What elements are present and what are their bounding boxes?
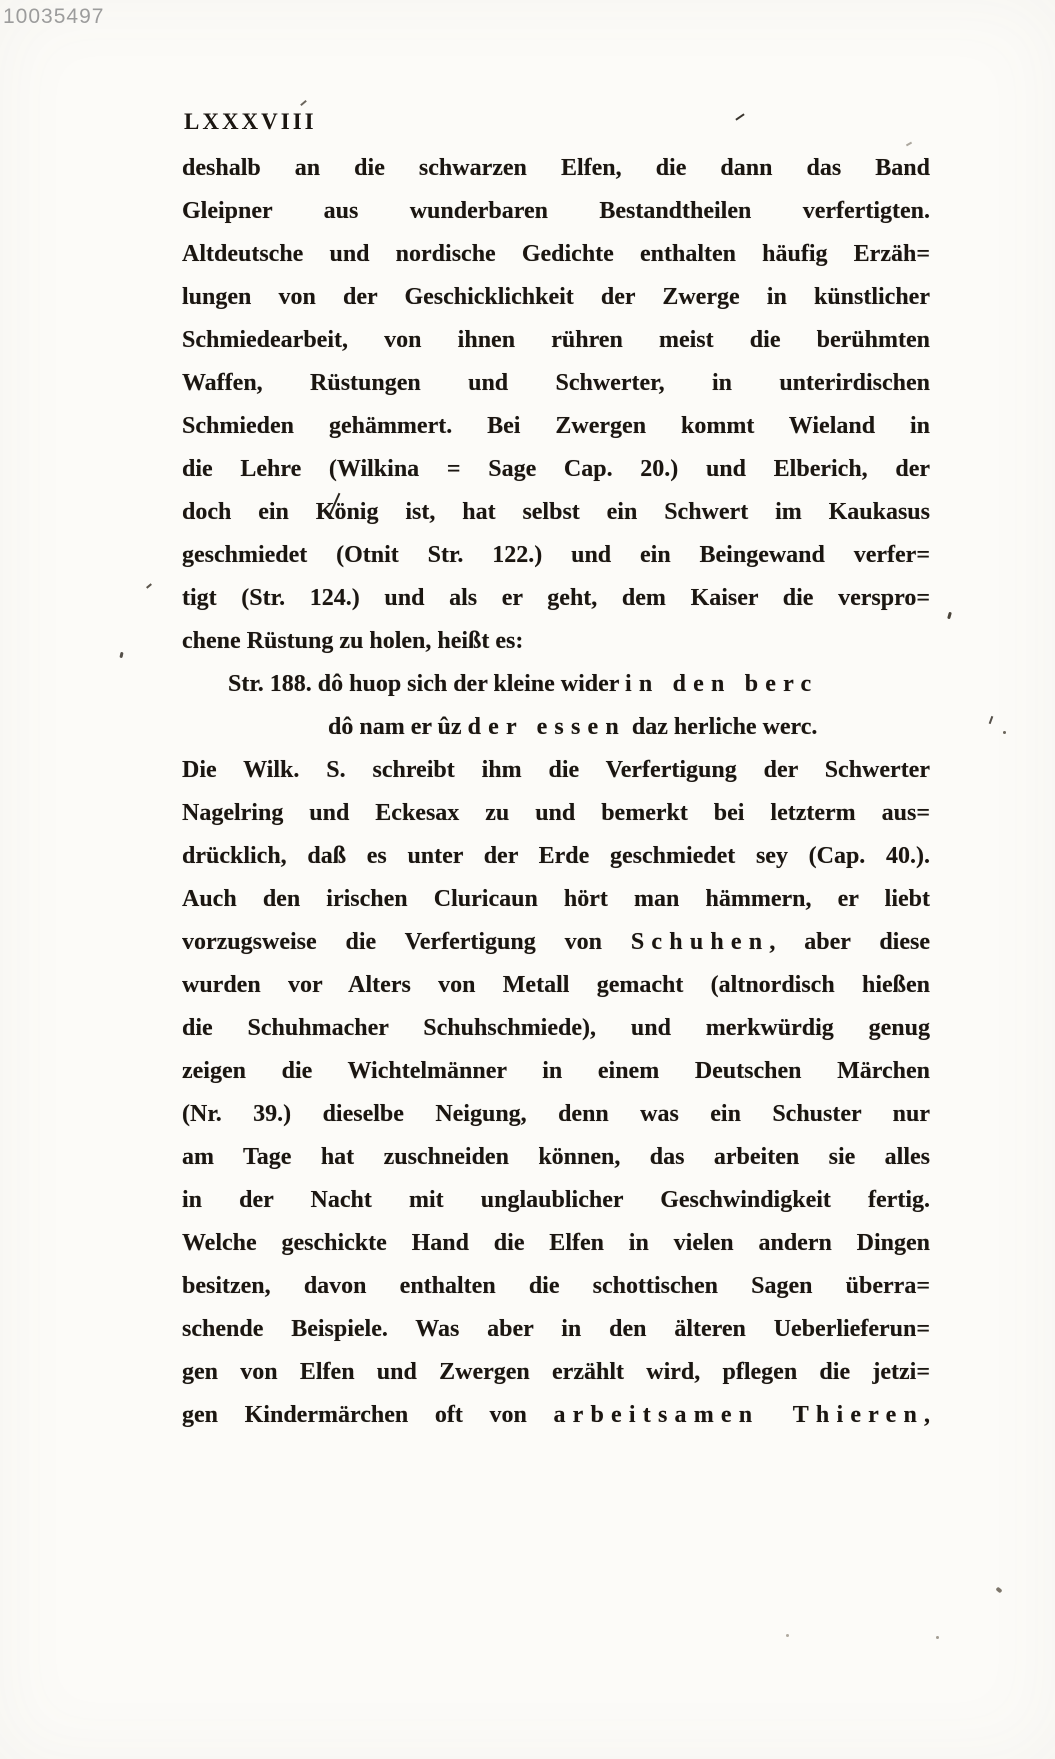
ink-speck xyxy=(786,1634,789,1637)
text-segment: wurden vor Alters von Metall gemacht (al… xyxy=(182,972,930,998)
text-segment: doch ein König ist, hat selbst ein Schwe… xyxy=(182,499,930,525)
text-segment: Nagelring und Eckesax zu und bemerkt bei… xyxy=(182,800,930,826)
text-line: gen Kindermärchen oft von arbeitsamen Th… xyxy=(182,1394,930,1437)
text-segment: Str. 188. dô huop sich der kleine wider xyxy=(228,671,625,697)
text-segment: schende Beispiele. Was aber in den älter… xyxy=(182,1316,930,1342)
text-line: geschmiedet (Otnit Str. 122.) und ein Be… xyxy=(182,534,930,577)
text-line: lungen von der Geschicklichkeit der Zwer… xyxy=(182,276,930,319)
body-text: deshalb an die schwarzen Elfen, die dann… xyxy=(182,147,930,1437)
scanned-book-page: 10035497 LXXXVIII deshalb an die schwarz… xyxy=(0,0,1055,1759)
text-line: gen von Elfen und Zwergen erzählt wird, … xyxy=(182,1351,930,1394)
text-segment: drücklich, daß es unter der Erde geschmi… xyxy=(182,843,930,869)
letterspaced-text: arbeitsamen Thieren xyxy=(553,1402,924,1428)
text-segment: Altdeutsche und nordische Gedichte entha… xyxy=(182,241,930,267)
text-line: die Lehre (Wilkina = Sage Cap. 20.) und … xyxy=(182,448,930,491)
ink-speck xyxy=(119,652,123,658)
letterspaced-text: der essen xyxy=(468,714,626,740)
text-line: in der Nacht mit unglaublicher Geschwind… xyxy=(182,1179,930,1222)
text-segment: vorzugsweise die Verfertigung von xyxy=(182,929,631,955)
text-line: Auch den irischen Cluricaun hört man häm… xyxy=(182,878,930,921)
text-line: Altdeutsche und nordische Gedichte entha… xyxy=(182,233,930,276)
text-segment: lungen von der Geschicklichkeit der Zwer… xyxy=(182,284,930,310)
ink-speck xyxy=(300,100,307,106)
text-segment: Schmieden gehämmert. Bei Zwergen kommt W… xyxy=(182,413,930,439)
text-line: deshalb an die schwarzen Elfen, die dann… xyxy=(182,147,930,190)
text-segment: die Schuhmacher Schuhschmiede), und merk… xyxy=(182,1015,930,1041)
ink-speck xyxy=(936,1636,939,1639)
scan-id: 10035497 xyxy=(3,5,104,29)
text-segment: (Nr. 39.) dieselbe Neigung, denn was ein… xyxy=(182,1101,930,1127)
text-segment: , aber diese xyxy=(769,929,930,955)
text-segment: tigt (Str. 124.) und als er geht, dem Ka… xyxy=(182,585,930,611)
text-segment: Schmiedearbeit, von ihnen rühren meist d… xyxy=(182,327,930,353)
text-line: die Schuhmacher Schuhschmiede), und merk… xyxy=(182,1007,930,1050)
text-line: am Tage hat zuschneiden können, das arbe… xyxy=(182,1136,930,1179)
text-line: Die Wilk. S. schreibt ihm die Verfertigu… xyxy=(182,749,930,792)
verse-line: dô nam er ûz der essen daz herliche werc… xyxy=(328,706,930,749)
verse-line: Str. 188. dô huop sich der kleine wider … xyxy=(228,663,930,706)
page-number-roman: LXXXVIII xyxy=(184,109,317,135)
text-segment: die Lehre (Wilkina = Sage Cap. 20.) und … xyxy=(182,456,930,482)
text-line: besitzen, davon enthalten die schottisch… xyxy=(182,1265,930,1308)
text-line: schende Beispiele. Was aber in den älter… xyxy=(182,1308,930,1351)
text-segment: gen von Elfen und Zwergen erzählt wird, … xyxy=(182,1359,930,1385)
letterspaced-text: Schuhen xyxy=(631,929,769,955)
text-segment: Die Wilk. S. schreibt ihm die Verfertigu… xyxy=(182,757,930,783)
text-segment: dô nam er ûz xyxy=(328,714,468,740)
text-line: doch ein König ist, hat selbst ein Schwe… xyxy=(182,491,930,534)
ink-speck xyxy=(1003,731,1006,734)
text-line: Welche geschickte Hand die Elfen in viel… xyxy=(182,1222,930,1265)
ink-speck xyxy=(735,113,744,120)
letterspaced-text: in den berc xyxy=(625,671,818,697)
text-segment: geschmiedet (Otnit Str. 122.) und ein Be… xyxy=(182,542,930,568)
text-line: Waffen, Rüstungen und Schwerter, in unte… xyxy=(182,362,930,405)
text-segment: in der Nacht mit unglaublicher Geschwind… xyxy=(182,1187,930,1213)
text-segment: deshalb an die schwarzen Elfen, die dann… xyxy=(182,155,930,181)
text-line: Nagelring und Eckesax zu und bemerkt bei… xyxy=(182,792,930,835)
ink-speck xyxy=(906,142,912,147)
text-line: Schmiedearbeit, von ihnen rühren meist d… xyxy=(182,319,930,362)
text-segment: besitzen, davon enthalten die schottisch… xyxy=(182,1273,930,1299)
text-line: zeigen die Wichtelmänner in einem Deutsc… xyxy=(182,1050,930,1093)
ink-speck xyxy=(947,612,952,620)
ink-speck xyxy=(995,1587,1002,1594)
text-segment: gen Kindermärchen oft von xyxy=(182,1402,553,1428)
ink-speck xyxy=(989,716,994,724)
ink-speck xyxy=(146,583,152,588)
text-segment: Waffen, Rüstungen und Schwerter, in unte… xyxy=(182,370,930,396)
text-segment: Gleipner aus wunderbaren Bestandtheilen … xyxy=(182,198,930,224)
text-line: chene Rüstung zu holen, heißt es: xyxy=(182,620,930,663)
text-segment: , xyxy=(924,1402,930,1428)
text-line: (Nr. 39.) dieselbe Neigung, denn was ein… xyxy=(182,1093,930,1136)
text-line: Schmieden gehämmert. Bei Zwergen kommt W… xyxy=(182,405,930,448)
text-line: Gleipner aus wunderbaren Bestandtheilen … xyxy=(182,190,930,233)
text-segment: daz herliche werc. xyxy=(626,714,818,740)
text-segment: Auch den irischen Cluricaun hört man häm… xyxy=(182,886,930,912)
text-line: vorzugsweise die Verfertigung von Schuhe… xyxy=(182,921,930,964)
text-segment: chene Rüstung zu holen, heißt es: xyxy=(182,628,523,654)
text-segment: zeigen die Wichtelmänner in einem Deutsc… xyxy=(182,1058,930,1084)
text-segment: Welche geschickte Hand die Elfen in viel… xyxy=(182,1230,930,1256)
text-line: drücklich, daß es unter der Erde geschmi… xyxy=(182,835,930,878)
text-line: wurden vor Alters von Metall gemacht (al… xyxy=(182,964,930,1007)
text-line: tigt (Str. 124.) und als er geht, dem Ka… xyxy=(182,577,930,620)
text-segment: am Tage hat zuschneiden können, das arbe… xyxy=(182,1144,930,1170)
